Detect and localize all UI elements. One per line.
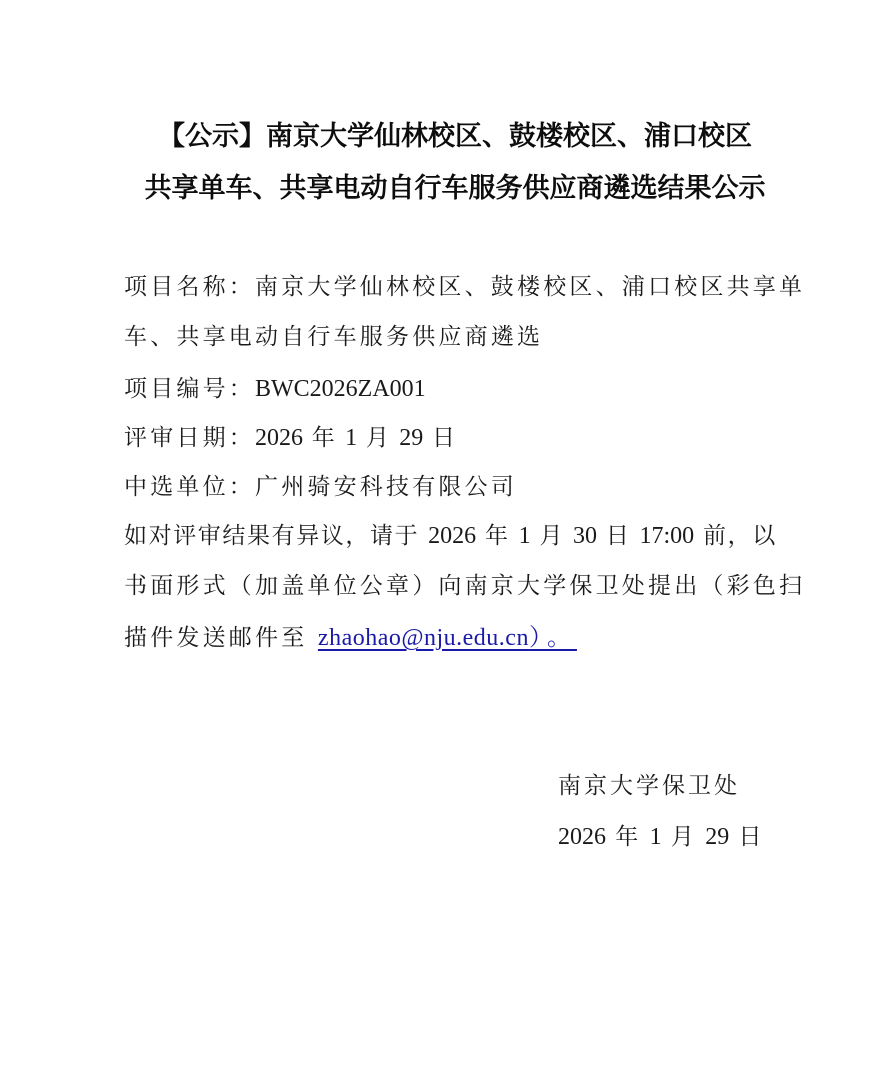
- objection-day: 30: [573, 523, 597, 549]
- signature-year: 2026: [558, 824, 606, 850]
- objection-prefix: 如对评审结果有异议，请于: [124, 523, 428, 549]
- objection-email-prefix: 描件发送邮件至: [124, 625, 318, 651]
- project-name-value-part2: 车、共享电动自行车服务供应商遴选: [124, 324, 543, 350]
- review-date-month: 1: [345, 425, 357, 451]
- day-unit: 日: [423, 425, 456, 451]
- signature-month: 1: [650, 824, 662, 850]
- review-date-label: 评审日期：: [124, 425, 255, 451]
- email-link[interactable]: zhaohao@nju.edu.cn）。: [318, 625, 577, 651]
- review-date-line: 评审日期：2026 年 1 月 29 日: [124, 419, 457, 452]
- year-unit: 年: [606, 824, 650, 850]
- objection-time: 17:00: [639, 523, 694, 549]
- month-unit: 月: [662, 824, 706, 850]
- email-address[interactable]: zhaohao@nju.edu.cn: [318, 625, 529, 651]
- signature-organization: 南京大学保卫处: [558, 767, 740, 800]
- signature-day: 29: [705, 824, 729, 850]
- selected-unit-label: 中选单位：: [124, 474, 255, 500]
- objection-year: 2026: [428, 523, 476, 549]
- selected-unit-value: 广州骑安科技有限公司: [255, 474, 517, 500]
- selected-unit-line: 中选单位：广州骑安科技有限公司: [124, 468, 517, 501]
- project-code-label: 项目编号：: [124, 376, 255, 402]
- project-name-line-2: 车、共享电动自行车服务供应商遴选: [124, 318, 543, 351]
- objection-line-2: 书面形式（加盖单位公章）向南京大学保卫处提出（彩色扫: [124, 567, 805, 600]
- day-unit: 日: [729, 824, 763, 850]
- project-name-line-1: 项目名称：南京大学仙林校区、鼓楼校区、浦口校区共享单: [124, 268, 805, 301]
- project-name-value-part1: 南京大学仙林校区、鼓楼校区、浦口校区共享单: [255, 274, 805, 300]
- project-name-label: 项目名称：: [124, 274, 255, 300]
- year-unit: 年: [476, 523, 518, 549]
- project-code-value: BWC2026ZA001: [255, 376, 426, 402]
- objection-line-3: 描件发送邮件至 zhaohao@nju.edu.cn）。: [124, 617, 577, 652]
- month-unit: 月: [357, 425, 399, 451]
- document-title-line-2: 共享单车、共享电动自行车服务供应商遴选结果公示: [110, 166, 800, 205]
- day-unit: 日: [597, 523, 639, 549]
- objection-line-1: 如对评审结果有异议，请于 2026 年 1 月 30 日 17:00 前，以: [124, 517, 777, 550]
- objection-email-suffix[interactable]: ）。: [529, 623, 577, 651]
- objection-suffix: 前，以: [694, 523, 777, 549]
- project-code-line: 项目编号：BWC2026ZA001: [124, 370, 426, 403]
- review-date-day: 29: [399, 425, 423, 451]
- objection-text: 书面形式（加盖单位公章）向南京大学保卫处提出（彩色扫: [124, 573, 805, 599]
- review-date-year: 2026: [255, 425, 303, 451]
- objection-month: 1: [519, 523, 531, 549]
- month-unit: 月: [531, 523, 573, 549]
- signature-date: 2026 年 1 月 29 日: [558, 818, 764, 851]
- year-unit: 年: [303, 425, 345, 451]
- document-page: 【公示】南京大学仙林校区、鼓楼校区、浦口校区 共享单车、共享电动自行车服务供应商…: [0, 0, 896, 1070]
- document-title-line-1: 【公示】南京大学仙林校区、鼓楼校区、浦口校区: [110, 114, 800, 153]
